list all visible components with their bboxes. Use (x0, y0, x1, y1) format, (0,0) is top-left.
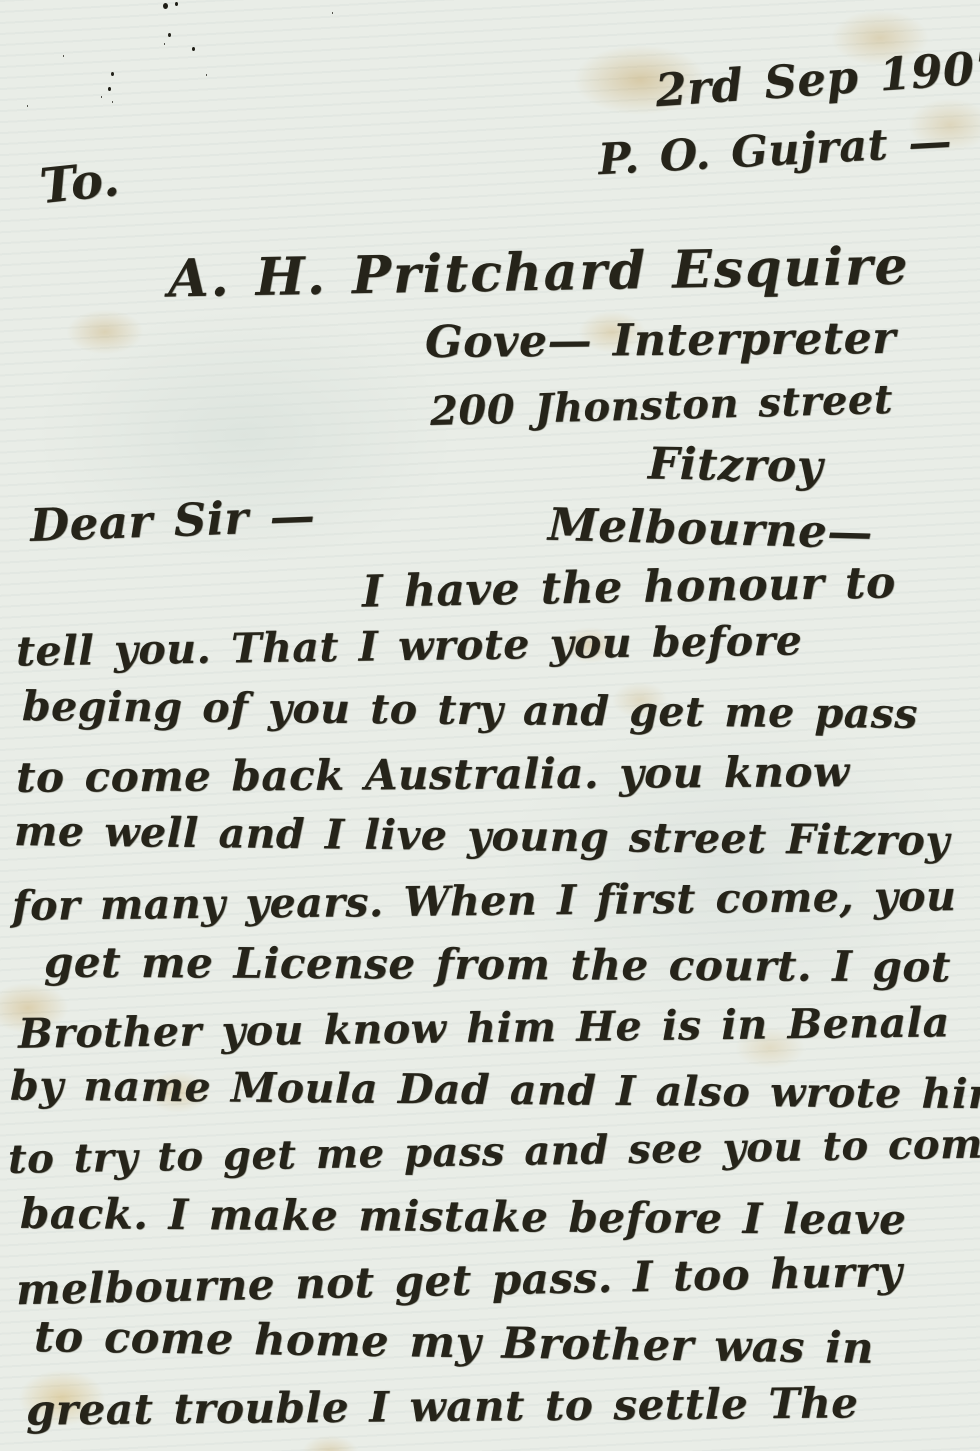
letter-line: to come back Australia. you know (16, 747, 850, 802)
letter-line: get me License from the court. I got (44, 938, 951, 992)
salutation-line: Dear Sir — (29, 489, 316, 552)
letter-line: melbourne not get pass. I too hurry (16, 1247, 903, 1315)
po-line: P. O. Gujrat — (597, 117, 953, 185)
letter-line: me well and I live young street Fitzroy (14, 807, 950, 865)
letter-line: beging of you to try and get me pass (22, 682, 918, 738)
letter-line: tell you. That I wrote you before (16, 617, 803, 676)
to-line: To. (37, 151, 122, 215)
letter-line: by name Moula Dad and I also wrote him (10, 1062, 980, 1119)
letter-line: for many years. When I first come, you (12, 872, 957, 930)
letter-line: great trouble I want to settle The (26, 1378, 859, 1434)
letter-line: Brother you know him He is in Benala (18, 998, 950, 1057)
recipient-title-line: Gove— Interpreter (425, 313, 896, 368)
letter-line: to come home my Brother was in (34, 1312, 874, 1374)
city-line: Melbourne— (547, 498, 873, 559)
suburb-line: Fitzroy (648, 438, 824, 492)
date-line: 2rd Sep 1907 (654, 40, 980, 117)
letter-line: back. I make mistake before I leave (20, 1189, 907, 1244)
opening-line: I have the honour to (362, 557, 897, 617)
ink-speckles (163, 3, 168, 9)
letter-page: 2rd Sep 1907 P. O. Gujrat — To. A. H. Pr… (0, 0, 980, 1451)
recipient-line: A. H. Pritchard Esquire (168, 236, 910, 310)
letter-line: to try to get me pass and see you to com… (8, 1120, 980, 1183)
street-line: 200 Jhonston street (429, 376, 893, 435)
